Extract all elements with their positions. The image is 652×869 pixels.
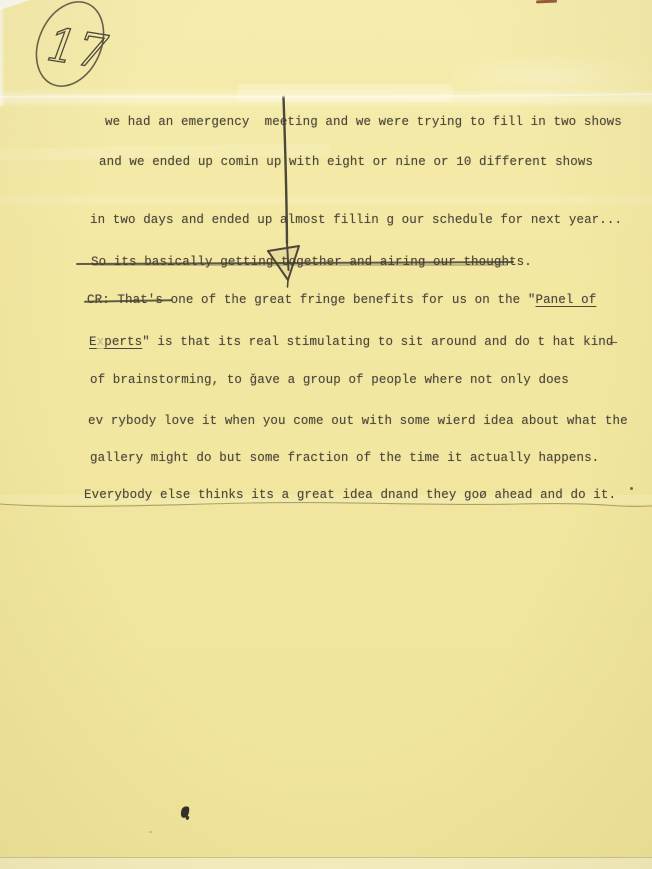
ink-blot-tail xyxy=(185,816,190,821)
underlined-experts-faint-x: x xyxy=(97,335,105,349)
down-arrow-tip-tail xyxy=(288,280,289,287)
crease-band-top xyxy=(0,88,652,108)
page-number-text: 17 xyxy=(44,17,112,80)
typed-line-7: of brainstorming, to ǧave a group of peo… xyxy=(90,373,569,387)
typed-line-1: we had an emergency meeting and we were … xyxy=(105,115,622,129)
typed-line-10: Everybody else thinks its a great idea d… xyxy=(84,488,616,502)
strikethrough-line-4-echo xyxy=(92,264,508,266)
page-number-circle xyxy=(24,0,116,97)
top-left-corner-sliver xyxy=(0,0,30,10)
crease-patch-top-right xyxy=(450,55,652,97)
left-edge-sliver xyxy=(0,6,5,106)
underlined-experts-rest: perts xyxy=(104,335,142,349)
crease-band-mid xyxy=(0,194,652,206)
scanned-typewritten-page: we had an emergency meeting and we were … xyxy=(0,0,652,869)
typed-line-8: ev rybody love it when you come out with… xyxy=(88,414,628,428)
underlined-panel-of: Panel of xyxy=(535,293,596,307)
underlined-experts-e: E xyxy=(89,335,97,349)
crease-patch-middle xyxy=(238,84,453,102)
bottom-edge-strip xyxy=(0,857,652,869)
ink-blot-mark xyxy=(179,805,190,819)
typed-line-2: and we ended up comin up with eight or n… xyxy=(99,155,593,169)
line-5-body: s one of the great fringe benefits for u… xyxy=(155,293,535,307)
crease-highlight-line xyxy=(0,94,652,97)
top-edge-red-mark xyxy=(536,0,557,3)
right-margin-dot xyxy=(630,487,633,490)
typed-line-6: Experts" is that its real stimulating to… xyxy=(89,335,614,349)
faint-speck-mark xyxy=(149,831,152,833)
page-number-annotation: 17 xyxy=(24,0,116,97)
line-6-body: " is that its real stimulating to sit ar… xyxy=(142,335,613,349)
fold-crease-line xyxy=(0,503,652,507)
typed-line-3: in two days and ended up almost fillin g… xyxy=(90,213,622,227)
typed-line-9: gallery might do but some fraction of th… xyxy=(90,451,599,465)
